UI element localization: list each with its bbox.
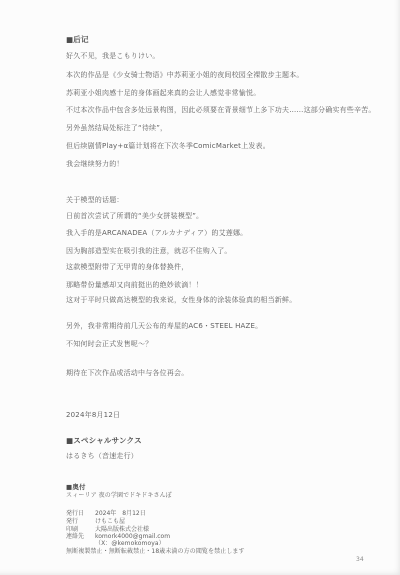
special-thanks-name: はるきち（音速走行） xyxy=(66,452,138,461)
afterword-line: 另外，我非常期待前几天公布的寿屋的AC6・STEEL HAZE。 xyxy=(66,322,262,331)
colophon-row-label: 連絡先 xyxy=(66,533,95,541)
afterword-date: 2024年8月12日 xyxy=(66,411,120,420)
colophon-row-label: 発行日 xyxy=(66,510,95,518)
colophon-row-value: けもこも屋 xyxy=(95,518,125,525)
afterword-line: 关于模型的话题： xyxy=(66,196,124,205)
colophon-book-title: スィーリア 夜の学園でドキドキさんぽ xyxy=(66,492,172,500)
colophon-row: 発行けもこも屋 xyxy=(66,518,125,526)
afterword-page: ■后记 好久不见，我是こもりけい。 本次的作品是《少女骑士物语》中苏莉亚小姐的夜… xyxy=(0,0,400,575)
afterword-line: 这对于平时只做高达模型的我来说，女性身体的涂装体验真的相当新鲜。 xyxy=(66,296,296,305)
special-thanks-heading: ■スペシャルサンクス xyxy=(66,436,142,445)
colophon-notice: 無断複製禁止・無断転載禁止・18歳未満の方の閲覧を禁止します xyxy=(66,548,245,556)
afterword-line: 这款模型附带了无甲胄的身体替换件， xyxy=(66,263,188,272)
afterword-line: 苏莉亚小姐肉感十足的身体画起来真的会让人感觉非常愉悦。 xyxy=(66,89,260,98)
afterword-heading: ■后记 xyxy=(66,35,89,44)
afterword-line: 好久不见，我是こもりけい。 xyxy=(66,52,160,61)
afterword-line: 但后续剧情Play+α篇计划将在下次冬季ComicMarket上发表。 xyxy=(66,142,270,151)
afterword-line: 我入手的是ARCANADEA（アルカナディア）的艾莲娜。 xyxy=(66,229,247,238)
afterword-line: 不过本次作品中包含多处远景构图，因此必须要在背景细节上多下功夫……这部分确实有些… xyxy=(66,106,376,115)
colophon-x-handle: （X：@kemokomoya） xyxy=(95,540,165,548)
afterword-line: 另外虽然结局处标注了“待续”， xyxy=(66,124,167,133)
afterword-line: 我会继续努力的！ xyxy=(66,160,124,169)
colophon-row-value: 2024年 8月12日 xyxy=(95,510,146,517)
page-number: 34 xyxy=(356,556,364,563)
afterword-line: 本次的作品是《少女骑士物语》中苏莉亚小姐的夜间校园全裸散步主题本。 xyxy=(66,71,304,80)
colophon-heading: ■奥付 xyxy=(66,483,86,492)
colophon-row-label: 発行 xyxy=(66,518,95,526)
afterword-line: 日前首次尝试了所谓的“美少女拼装模型”。 xyxy=(66,212,203,221)
afterword-line: 因为胸部造型实在吸引我的注意，就忍不住购入了。 xyxy=(66,247,232,256)
colophon-row: 発行日2024年 8月12日 xyxy=(66,510,146,518)
afterword-line: 那略带份量感却又向前挺出的绝妙欲滴！！ xyxy=(66,281,203,290)
colophon-row-value: 大陽出版株式会社様 xyxy=(95,526,149,533)
colophon-contact-email: komork4000@gmail.com xyxy=(95,533,170,540)
afterword-line: 不知何时会正式发售呢～？ xyxy=(66,340,152,349)
afterword-line: 期待在下次作品或活动中与各位再会。 xyxy=(66,369,188,378)
